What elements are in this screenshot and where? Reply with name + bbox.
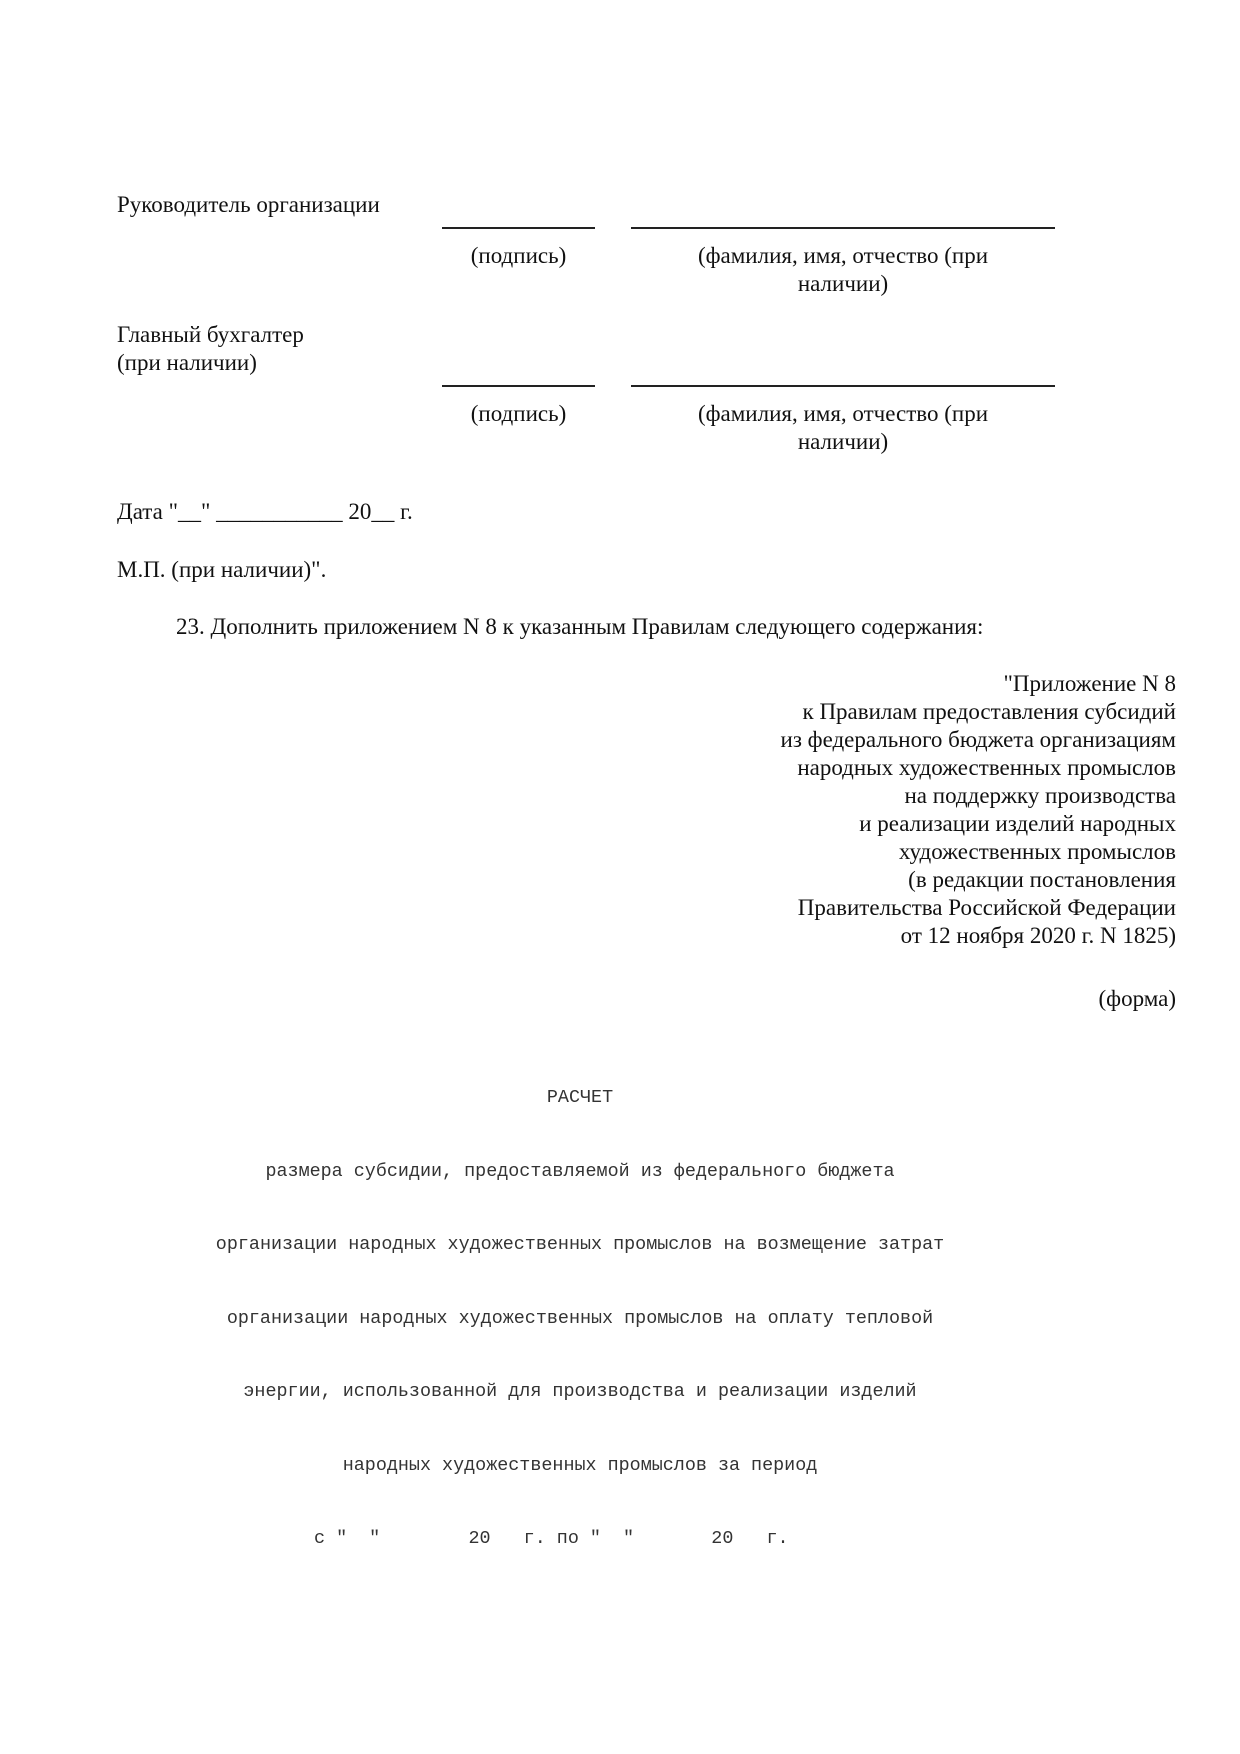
signature-line-head[interactable] (442, 227, 595, 229)
signature-caption-accountant: (подпись) (442, 400, 595, 428)
appendix-header: "Приложение N 8 к Правилам предоставлени… (560, 670, 1176, 950)
appendix-header-line: художественных промыслов (560, 838, 1176, 866)
paragraph-23: 23. Дополнить приложением N 8 к указанны… (176, 613, 983, 641)
stamp-line: М.П. (при наличии)". (117, 556, 326, 584)
calculation-block: РАСЧЕТ размера субсидии, предоставляемой… (140, 1037, 1020, 1576)
appendix-header-line: "Приложение N 8 (560, 670, 1176, 698)
name-caption-accountant-line2: наличии) (631, 428, 1055, 456)
calculation-line: размера субсидии, предоставляемой из фед… (140, 1160, 1020, 1185)
form-label: (форма) (900, 985, 1176, 1013)
calculation-period-line: с " " 20 г. по " " 20 г. (140, 1527, 1020, 1552)
appendix-header-line: народных художественных промыслов (560, 754, 1176, 782)
name-caption-head-line1: (фамилия, имя, отчество (при (631, 242, 1055, 270)
name-caption-head-line2: наличии) (631, 270, 1055, 298)
appendix-header-line: на поддержку производства (560, 782, 1176, 810)
calculation-line: организации народных художественных пром… (140, 1307, 1020, 1332)
appendix-header-line: Правительства Российской Федерации (560, 894, 1176, 922)
role-chief-accountant: Главный бухгалтер (117, 321, 304, 349)
appendix-header-line: (в редакции постановления (560, 866, 1176, 894)
signature-line-accountant[interactable] (442, 385, 595, 387)
calculation-line: энергии, использованной для производства… (140, 1380, 1020, 1405)
role-chief-accountant-note: (при наличии) (117, 349, 257, 377)
calculation-line: организации народных художественных пром… (140, 1233, 1020, 1258)
name-line-accountant[interactable] (631, 385, 1055, 387)
calculation-line: народных художественных промыслов за пер… (140, 1454, 1020, 1479)
name-line-head[interactable] (631, 227, 1055, 229)
appendix-header-line: к Правилам предоставления субсидий (560, 698, 1176, 726)
role-head-of-organization: Руководитель организации (117, 191, 380, 219)
name-caption-accountant-line1: (фамилия, имя, отчество (при (631, 400, 1055, 428)
date-line: Дата "__" ___________ 20__ г. (117, 498, 413, 526)
appendix-header-line: из федерального бюджета организациям (560, 726, 1176, 754)
appendix-header-line: от 12 ноября 2020 г. N 1825) (560, 922, 1176, 950)
calculation-title: РАСЧЕТ (140, 1086, 1020, 1111)
appendix-header-line: и реализации изделий народных (560, 810, 1176, 838)
signature-caption-head: (подпись) (442, 242, 595, 270)
